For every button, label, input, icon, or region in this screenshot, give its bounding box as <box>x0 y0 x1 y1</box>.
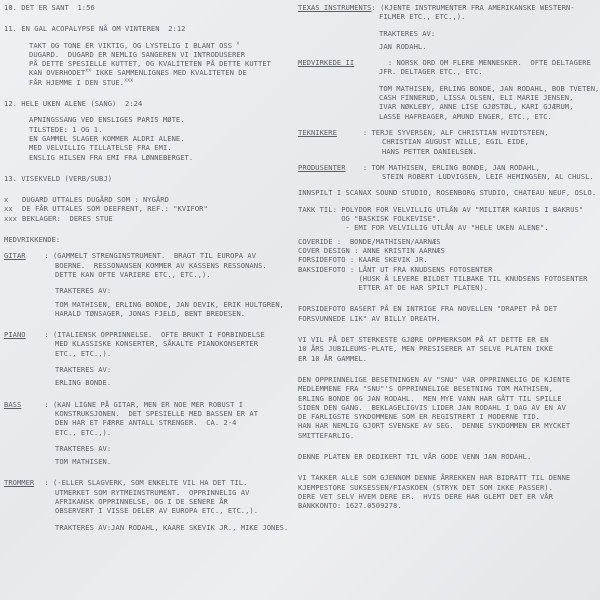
footnote-mark: xxx <box>124 77 133 83</box>
separator: : <box>40 478 53 487</box>
note-line: MED VELVILLIG TILLATELSE FRA EMI. <box>29 143 294 152</box>
separator: : <box>337 128 372 137</box>
instrument-trommer: TROMMER : (-ELLER SLAGVERK, SOM ENKELTE … <box>4 478 294 531</box>
left-column: 10. DET ER SANT 1:56 11. EN GAL ACOPALYP… <box>4 0 294 532</box>
desc-line: OBSERVERT I VISSE DELER AV EUROPA ETC., … <box>4 506 294 515</box>
desc-line: KONSTRUKSJONEN. DET SPESIELLE MED BASSEN… <box>4 409 294 418</box>
track-11-title: 11. EN GAL ACOPALYPSE NÅ OM VINTEREN 2:1… <box>4 24 294 33</box>
paragraph-line: BANKKONTO: 1627.0509278. <box>298 501 598 510</box>
player-line: LASSE HAFREAGER, AMUND ENGER, ETC., ETC. <box>298 112 598 121</box>
instrument-list: GITAR : (GAMMELT STRENGINSTRUMENT. BRAGT… <box>4 251 294 532</box>
paragraph-line: FORSVUNNEDE LIK" AV BILLY DREATH. <box>298 314 598 323</box>
track-12-notes: APNINGSSANG VED ENSLIGES PARIS MØTE. TIL… <box>4 115 294 161</box>
note-line: IKKE SAMMENLIGNES MED KVALITETEN DE <box>96 68 247 77</box>
paragraph-line: SIDEN DEN GANG. BEKLAGELIGVIS LIDER JAN … <box>298 403 598 412</box>
player-line: CASH FINNERUD, LISSA OLSEN, ELI MARIE JE… <box>298 93 598 102</box>
note-line: ENSLIG HILSEN FRA EMI FRA LØNNEBERGET. <box>29 153 294 162</box>
credit-line: STEIN ROBERT LUDVIGSEN, LEIF HEMINGSEN, … <box>298 172 598 181</box>
played-by-label: TRAKTERES AV: <box>4 444 294 453</box>
player-line: TOM MATHISEN. <box>4 457 294 466</box>
desc-line: DETTE KAN OFTE VARIERE ETC., ETC.,). <box>4 270 294 279</box>
paragraph-line: ER 10 ÅR GAMMEL. <box>298 354 598 363</box>
track-11-notes: TAKT OG TONE ER VIKTIG, OG LYSTELIG I BL… <box>4 41 294 87</box>
credit-line: COVER DESIGN : ANNE KRISTIN AARNÆS <box>298 246 598 255</box>
credit-line: HANS PETTER DANIELSEN. <box>298 147 598 156</box>
paragraph-line: DE FARLIGSTE SYKDOMMENE SOM ER REGISTRER… <box>298 412 598 421</box>
paragraph-line: DERE VET SELV HVEM DERE ER. HVIS DERE HA… <box>298 492 598 501</box>
player-line: JAN RODAHL, KAARE SKEVIK JR., MIKE JONES… <box>111 523 288 532</box>
paragraph-line: HAN HAR NEMLIG GJORT SVENSKE AV SEG. DEN… <box>298 421 598 430</box>
snu-paragraph: DEN OPPRINNELIGE BESETNINGEN AV "SNU" VA… <box>298 375 598 440</box>
separator: : <box>379 58 396 67</box>
desc-line: AFRIKANSK OPPRINNELSE, OG I DE SENERE ÅR <box>4 497 294 506</box>
credit-line: BAKSIDEFOTO : LÅNT UT FRA KNUDSENS FOTOS… <box>298 265 598 274</box>
note-line: FÅR HJEMME I DEN STUE. <box>29 78 124 87</box>
credit-line: TOM MATHISEN, ERLING BONDE, JAN RODAHL, <box>371 163 540 172</box>
credit-line: CHRISTIAN AUGUST WILLE, EGIL EIDE, <box>298 137 598 146</box>
desc-line: ETC., ETC.,). <box>4 349 294 358</box>
paragraph-line: SMITTEFARLIG. <box>298 431 598 440</box>
desc-line: (GAMMELT STRENGINSTRUMENT. BRAGT TIL EUR… <box>53 251 256 260</box>
paragraph-line: KJEMPESTORE SUKSESSEN/FIASKOEN (STRYK DE… <box>298 483 598 492</box>
footnotes: xDUGARD UTTALES DUGÅRD SOM : NYGÅRD xxDE… <box>4 195 294 223</box>
footnote-mark: xx <box>4 204 22 213</box>
texas-instruments-section: TEXAS INSTRUMENTS: (KJENTE INSTRUMENTER … <box>298 3 598 51</box>
dedication-line: DENNE PLATEN ER DEDIKERT TIL VÅR GODE VE… <box>298 452 598 461</box>
paragraph-line: 10 ÅRS JUBILEUMS-PLATE, MEN PRESISERER A… <box>298 344 598 353</box>
takk-line: TAKK TIL: POLYDOR FOR VELVILLIG UTLÅN AV… <box>298 205 598 214</box>
section-label: TEXAS INSTRUMENTS <box>298 3 371 12</box>
paragraph-line: VI TAKKER ALLE SOM GJENNOM DENNE ÅRREKKE… <box>298 473 598 482</box>
desc-line: DEN HAR ET FÆRRE ANTALL STRENGER. CA. 2-… <box>4 418 294 427</box>
section-label: PRODUSENTER <box>298 163 346 172</box>
note-line: APNINGSSANG VED ENSLIGES PARIS MØTE. <box>29 115 294 124</box>
played-by-label: TRAKTERES AV: <box>4 286 294 295</box>
track-12-title: 12. HELE UKEN ALENE (SANG) 2:24 <box>4 99 294 108</box>
jubileum-paragraph: VI VIL PÅ DET STERKESTE GJØRE OPPMERKSOM… <box>298 335 598 363</box>
paragraph-line: VI VIL PÅ DET STERKESTE GJØRE OPPMERKSOM… <box>298 335 598 344</box>
played-by-label: TRAKTERES AV: <box>55 523 111 532</box>
desc-line: BOERNE. RESSONANSEN KOMMER AV KASSENS RE… <box>4 261 294 270</box>
player-line: IVAR NØKLEBY, ANNE LISE GJØSTØL, KARI GJ… <box>298 102 598 111</box>
separator: : <box>346 163 372 172</box>
thanks-paragraph: VI TAKKER ALLE SOM GJENNOM DENNE ÅRREKKE… <box>298 473 598 510</box>
credit-line: COVERIDE : BONDE/MATHISEN/AARNÆS <box>298 237 598 246</box>
track-13-title: 13. VISEKVELD (VERB/SUBJ) <box>4 174 294 183</box>
played-by-label: TRAKTERES AV: <box>298 29 598 38</box>
section-label: MEDVIRKEDE II <box>298 58 354 67</box>
takk-section: TAKK TIL: POLYDOR FOR VELVILLIG UTLÅN AV… <box>298 205 598 233</box>
paragraph-line: ERLING BONDE OG JAN RODAHL. MEN MYE VANN… <box>298 394 598 403</box>
takk-line: OG "BASKISK FOLKEVISE". <box>298 214 598 223</box>
desc-line: ETC., ETC.,). <box>4 428 294 437</box>
desc-line: UTMERKET SOM RYTMEINSTRUMENT. OPPRINNELI… <box>4 488 294 497</box>
desc-line: (KJENTE INSTRUMENTER FRA AMERIKANSKE WES… <box>380 3 574 12</box>
produsenter-section: PRODUSENTER : TOM MATHISEN, ERLING BONDE… <box>298 163 598 182</box>
desc-line: (ITALIENSK OPPRINNELSE. OFTE BRUKT I FOR… <box>53 330 265 339</box>
instrument-label: PIANO <box>4 330 40 339</box>
footnote-text: DUGARD UTTALES DUGÅRD SOM : NYGÅRD <box>22 195 169 204</box>
note-line: DUGARD. DUGARD ER NEMLIG SANGEREN VI INT… <box>29 50 294 59</box>
separator: : <box>40 330 53 339</box>
desc-line: JFR. DELTAGER ETC., ETC. <box>298 67 598 76</box>
section-label: TEKNIKERE <box>298 128 337 137</box>
desc-line: (KAN LIGNE PÅ GITAR, MEN ER NOE MER ROBU… <box>53 400 243 409</box>
paragraph-line: MEDLEMMENE FRA "SNU"'S OPPRINNELIGE BESE… <box>298 384 598 393</box>
cover-credits: COVERIDE : BONDE/MATHISEN/AARNÆS COVER D… <box>298 237 598 293</box>
player-line: TOM MATHISEN, ERLING BONDE, JAN DEVIK, E… <box>4 300 294 309</box>
paragraph-line: DEN OPPRINNELIGE BESETNINGEN AV "SNU" VA… <box>298 375 598 384</box>
player-line: HARALD TØNSAGER, JONAS FJELD, BENT BREDE… <box>4 309 294 318</box>
medvirkende-heading: MEDVRIKKENDE: <box>4 235 294 244</box>
desc-line: MED KLASSISKE KONSERTER, SÅKALTE PIANOKO… <box>4 339 294 348</box>
separator: : <box>371 3 380 12</box>
footnote-mark: x <box>236 40 239 46</box>
instrument-label: BASS <box>4 400 40 409</box>
teknikere-section: TEKNIKERE : TERJE SYVERSEN, ALF CHRISTIA… <box>298 128 598 156</box>
forside-paragraph: FORSIDEFOTO BASERT PÅ EN INTRIGE FRA NOV… <box>298 304 598 323</box>
paragraph-line: FORSIDEFOTO BASERT PÅ EN INTRIGE FRA NOV… <box>298 304 598 313</box>
player-line: TOM MATHISEN, ERLING BONDE, JAN RODAHL, … <box>298 84 598 93</box>
credit-line: (HUSK Å LEVERE BILDET TILBAKE TIL KNUDSE… <box>298 274 598 283</box>
separator: : <box>40 400 53 409</box>
desc-line: (-ELLER SLAGVERK, SOM ENKELTE VIL HA DET… <box>53 478 247 487</box>
footnote-mark: x <box>4 195 22 204</box>
desc-line: NORSK ORD OM FLERE MENNESKER. OFTE DELTA… <box>396 58 590 67</box>
credit-line: FORSIDEFOTO : KAARE SKEVIK JR. <box>298 255 598 264</box>
player-line: ERLING BONDE. <box>4 378 294 387</box>
footnote-mark: xxx <box>4 214 22 223</box>
credit-line: ETTER AT DE HAR SPILT PLATEN). <box>298 283 598 292</box>
credit-line: TERJE SYVERSEN, ALF CHRISTIAN HVIDTSTEEN… <box>371 128 548 137</box>
note-line: EN GAMMEL SLAGER KOMMER ALDRI ALENE. <box>29 134 294 143</box>
instrument-bass: BASS : (KAN LIGNE PÅ GITAR, MEN ER NOE M… <box>4 400 294 479</box>
takk-line: - EMI FOR VELVILLIG UTLÅN AV "HELE UKEN … <box>298 223 598 232</box>
instrument-label: TROMMER <box>4 478 40 487</box>
footnote-text: BEKLAGER: DERES STUE <box>22 214 113 223</box>
player-line: JAN RODAHL. <box>298 42 598 51</box>
note-line: PÅ DETTE SPESIELLE KUTTET, OG KVALITETEN… <box>29 59 294 68</box>
track-10-title: 10. DET ER SANT 1:56 <box>4 3 294 12</box>
footnote-text: DE FÅR UTTALES SOM DEEFRENT, REF.: "KVIF… <box>22 204 208 213</box>
note-line: TAKT OG TONE ER VIKTIG, OG LYSTELIG I BL… <box>29 41 232 50</box>
footnote-mark: xx <box>85 68 91 74</box>
played-by-label: TRAKTERES AV: <box>4 365 294 374</box>
innspilt-line: INNSPILT I SCANAX SOUND STUDIO, ROSENBOR… <box>298 188 598 197</box>
instrument-label: GITAR <box>4 251 40 260</box>
desc-line: FILMER ETC., ETC.,). <box>298 12 598 21</box>
separator: : <box>40 251 53 260</box>
note-line: KAN OVERHODET <box>29 68 85 77</box>
instrument-piano: PIANO : (ITALIENSK OPPRINNELSE. OFTE BRU… <box>4 330 294 399</box>
note-line: TILSTEDE: 1 OG 1. <box>29 125 294 134</box>
instrument-gitar: GITAR : (GAMMELT STRENGINSTRUMENT. BRAGT… <box>4 251 294 330</box>
right-column: TEXAS INSTRUMENTS: (KJENTE INSTRUMENTER … <box>298 0 598 510</box>
medvirkede-section: MEDVIRKEDE II : NORSK ORD OM FLERE MENNE… <box>298 58 598 121</box>
